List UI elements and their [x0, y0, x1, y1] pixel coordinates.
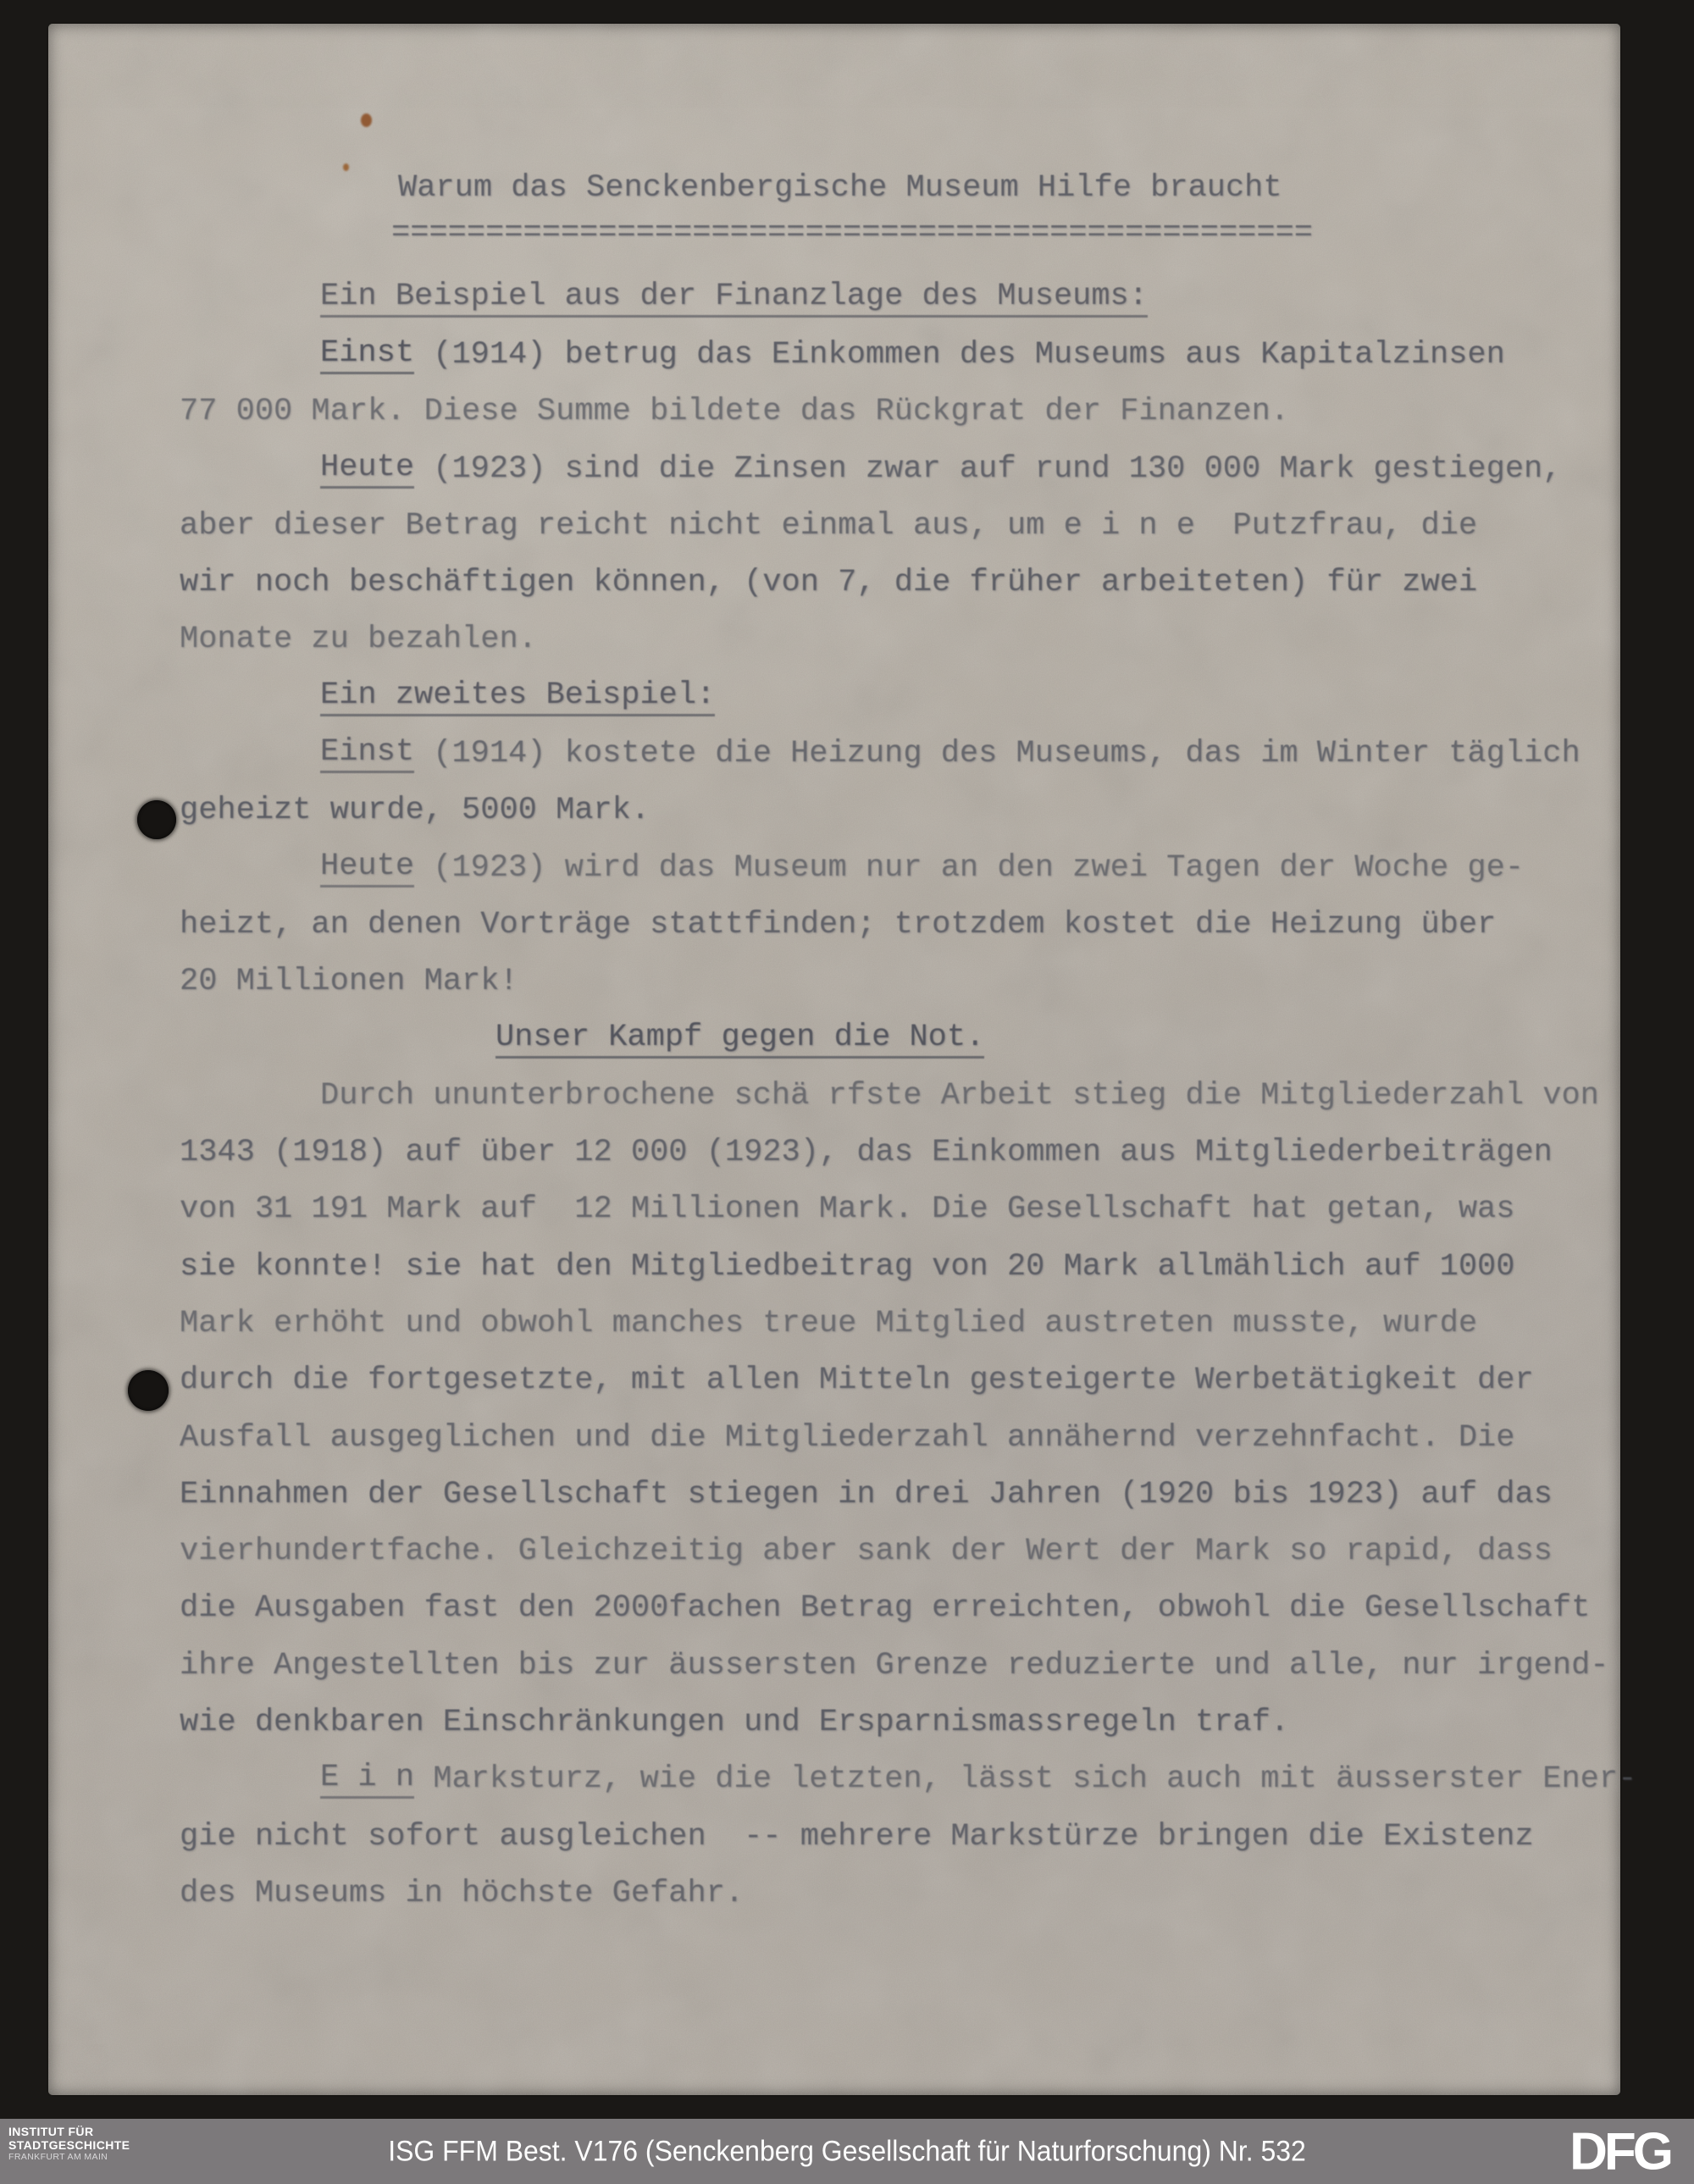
typed-line: E i n Marksturz, wie die letzten, lässt … [180, 1751, 1611, 1808]
typed-line: 20 Millionen Mark! [180, 954, 1611, 1010]
typed-line: geheizt wurde, 5000 Mark. [180, 782, 1611, 839]
typed-segment: 77 000 Mark. Diese Summe bildete das Rüc… [180, 394, 1289, 429]
archive-logo-line: FRANKFURT AM MAIN [8, 2153, 130, 2163]
typed-segment: (1914) betrug das Einkommen des Museums … [414, 337, 1505, 373]
typed-segment: E i n [320, 1760, 414, 1799]
typed-segment: durch die fortgesetzte, mit allen Mittel… [180, 1363, 1534, 1398]
typed-segment: Heute [320, 450, 414, 489]
typed-line: Durch ununterbrochene schä rfste Arbeit … [180, 1067, 1611, 1124]
typed-line: durch die fortgesetzte, mit allen Mittel… [180, 1352, 1611, 1409]
typed-line: wie denkbaren Einschränkungen und Erspar… [180, 1694, 1611, 1750]
typed-line: Ein Beispiel aus der Finanzlage des Muse… [180, 269, 1611, 326]
typed-line: Einst (1914) kostete die Heizung des Mus… [180, 725, 1611, 782]
typed-line: Monate zu bezahlen. [180, 611, 1611, 668]
typed-line: die Ausgaben fast den 2000fachen Betrag … [180, 1580, 1611, 1637]
typed-line: heizt, an denen Vorträge stattfinden; tr… [180, 896, 1611, 953]
typed-line: des Museums in höchste Gefahr. [180, 1865, 1611, 1921]
punch-hole [137, 800, 176, 839]
typed-line: Einst (1914) betrug das Einkommen des Mu… [180, 326, 1611, 383]
archive-citation: ISG FFM Best. V176 (Senckenberg Gesellsc… [388, 2135, 1306, 2168]
typed-segment: vierhundertfache. Gleichzeitig aber sank… [180, 1534, 1553, 1569]
typed-segment: Unser Kampf gegen die Not. [495, 1020, 984, 1059]
document-title: Warum das Senckenbergische Museum Hilfe … [398, 170, 1282, 206]
typed-line: 77 000 Mark. Diese Summe bildete das Rüc… [180, 384, 1611, 440]
dfg-logo: DFG [1569, 2121, 1670, 2181]
typed-line: ihre Angestellten bis zur äussersten Gre… [180, 1637, 1611, 1694]
typed-line: Ein zweites Beispiel: [180, 668, 1611, 725]
document-paper: Warum das Senckenbergische Museum Hilfe … [48, 24, 1620, 2095]
typed-segment: von 31 191 Mark auf 12 Millionen Mark. D… [180, 1192, 1514, 1227]
typed-segment: Monate zu bezahlen. [180, 622, 537, 657]
typed-segment: Einst [320, 734, 414, 773]
footer-bar: INSTITUT FÜR STADTGESCHICHTE FRANKFURT A… [0, 2119, 1694, 2184]
typed-segment: Ein zweites Beispiel: [320, 677, 715, 716]
typed-segment: Mark erhöht und obwohl manches treue Mit… [180, 1306, 1477, 1341]
typed-line: Ausfall ausgeglichen und die Mitgliederz… [180, 1409, 1611, 1466]
typed-segment: sie konnte! sie hat den Mitgliedbeitrag … [180, 1249, 1514, 1285]
typed-segment: (1914) kostete die Heizung des Museums, … [414, 736, 1581, 771]
archive-logo-line: INSTITUT FÜR [8, 2126, 130, 2139]
typed-line: aber dieser Betrag reicht nicht einmal a… [180, 497, 1611, 554]
typed-segment: ihre Angestellten bis zur äussersten Gre… [180, 1648, 1608, 1684]
typed-line: Heute (1923) sind die Zinsen zwar auf ru… [180, 440, 1611, 497]
archive-logo-line: STADTGESCHICHTE [8, 2139, 130, 2153]
typed-lines: Ein Beispiel aus der Finanzlage des Muse… [180, 269, 1611, 1922]
title-underline-row: ========================================… [391, 215, 1313, 251]
typed-segment: gie nicht sofort ausgleichen -- mehrere … [180, 1819, 1534, 1855]
typed-segment: des Museums in höchste Gefahr. [180, 1876, 744, 1911]
scanned-page-background: Warum das Senckenbergische Museum Hilfe … [0, 0, 1694, 2184]
typed-segment: die Ausgaben fast den 2000fachen Betrag … [180, 1590, 1590, 1626]
typed-line: sie konnte! sie hat den Mitgliedbeitrag … [180, 1238, 1611, 1295]
typed-line: vierhundertfache. Gleichzeitig aber sank… [180, 1523, 1611, 1580]
typed-line: von 31 191 Mark auf 12 Millionen Mark. D… [180, 1181, 1611, 1238]
typed-segment: Marksturz, wie die letzten, lässt sich a… [414, 1761, 1636, 1797]
typed-segment: heizt, an denen Vorträge stattfinden; tr… [180, 907, 1496, 943]
typed-line: gie nicht sofort ausgleichen -- mehrere … [180, 1808, 1611, 1865]
typed-segment: 1343 (1918) auf über 12 000 (1923), das … [180, 1135, 1553, 1170]
typed-line: wir noch beschäftigen können, (von 7, di… [180, 554, 1611, 611]
archive-logo: INSTITUT FÜR STADTGESCHICHTE FRANKFURT A… [8, 2126, 130, 2163]
typed-segment: wie denkbaren Einschränkungen und Erspar… [180, 1705, 1289, 1740]
punch-hole [128, 1370, 169, 1411]
typed-line: Mark erhöht und obwohl manches treue Mit… [180, 1295, 1611, 1352]
typed-segment: aber dieser Betrag reicht nicht einmal a… [180, 508, 1477, 544]
typed-segment: Ein Beispiel aus der Finanzlage des Muse… [320, 279, 1148, 318]
typed-segment: Heute [320, 849, 414, 887]
typed-segment: Einst [320, 335, 414, 374]
typed-line: 1343 (1918) auf über 12 000 (1923), das … [180, 1124, 1611, 1180]
typed-segment: (1923) wird das Museum nur an den zwei T… [414, 850, 1524, 886]
typed-segment: wir noch beschäftigen können, (von 7, di… [180, 565, 1477, 600]
typed-line: Heute (1923) wird das Museum nur an den … [180, 839, 1611, 896]
rust-spot [361, 113, 372, 127]
typed-line: Einnahmen der Gesellschaft stiegen in dr… [180, 1466, 1611, 1523]
typed-line: Unser Kampf gegen die Not. [180, 1010, 1611, 1067]
typed-segment: Einnahmen der Gesellschaft stiegen in dr… [180, 1477, 1553, 1512]
typed-segment: (1923) sind die Zinsen zwar auf rund 130… [414, 451, 1561, 487]
rust-spot [343, 163, 349, 171]
typed-segment: 20 Millionen Mark! [180, 964, 518, 999]
typed-segment: Ausfall ausgeglichen und die Mitgliederz… [180, 1420, 1514, 1456]
typed-segment: Durch ununterbrochene schä rfste Arbeit … [320, 1078, 1599, 1114]
typed-segment: geheizt wurde, 5000 Mark. [180, 793, 650, 828]
